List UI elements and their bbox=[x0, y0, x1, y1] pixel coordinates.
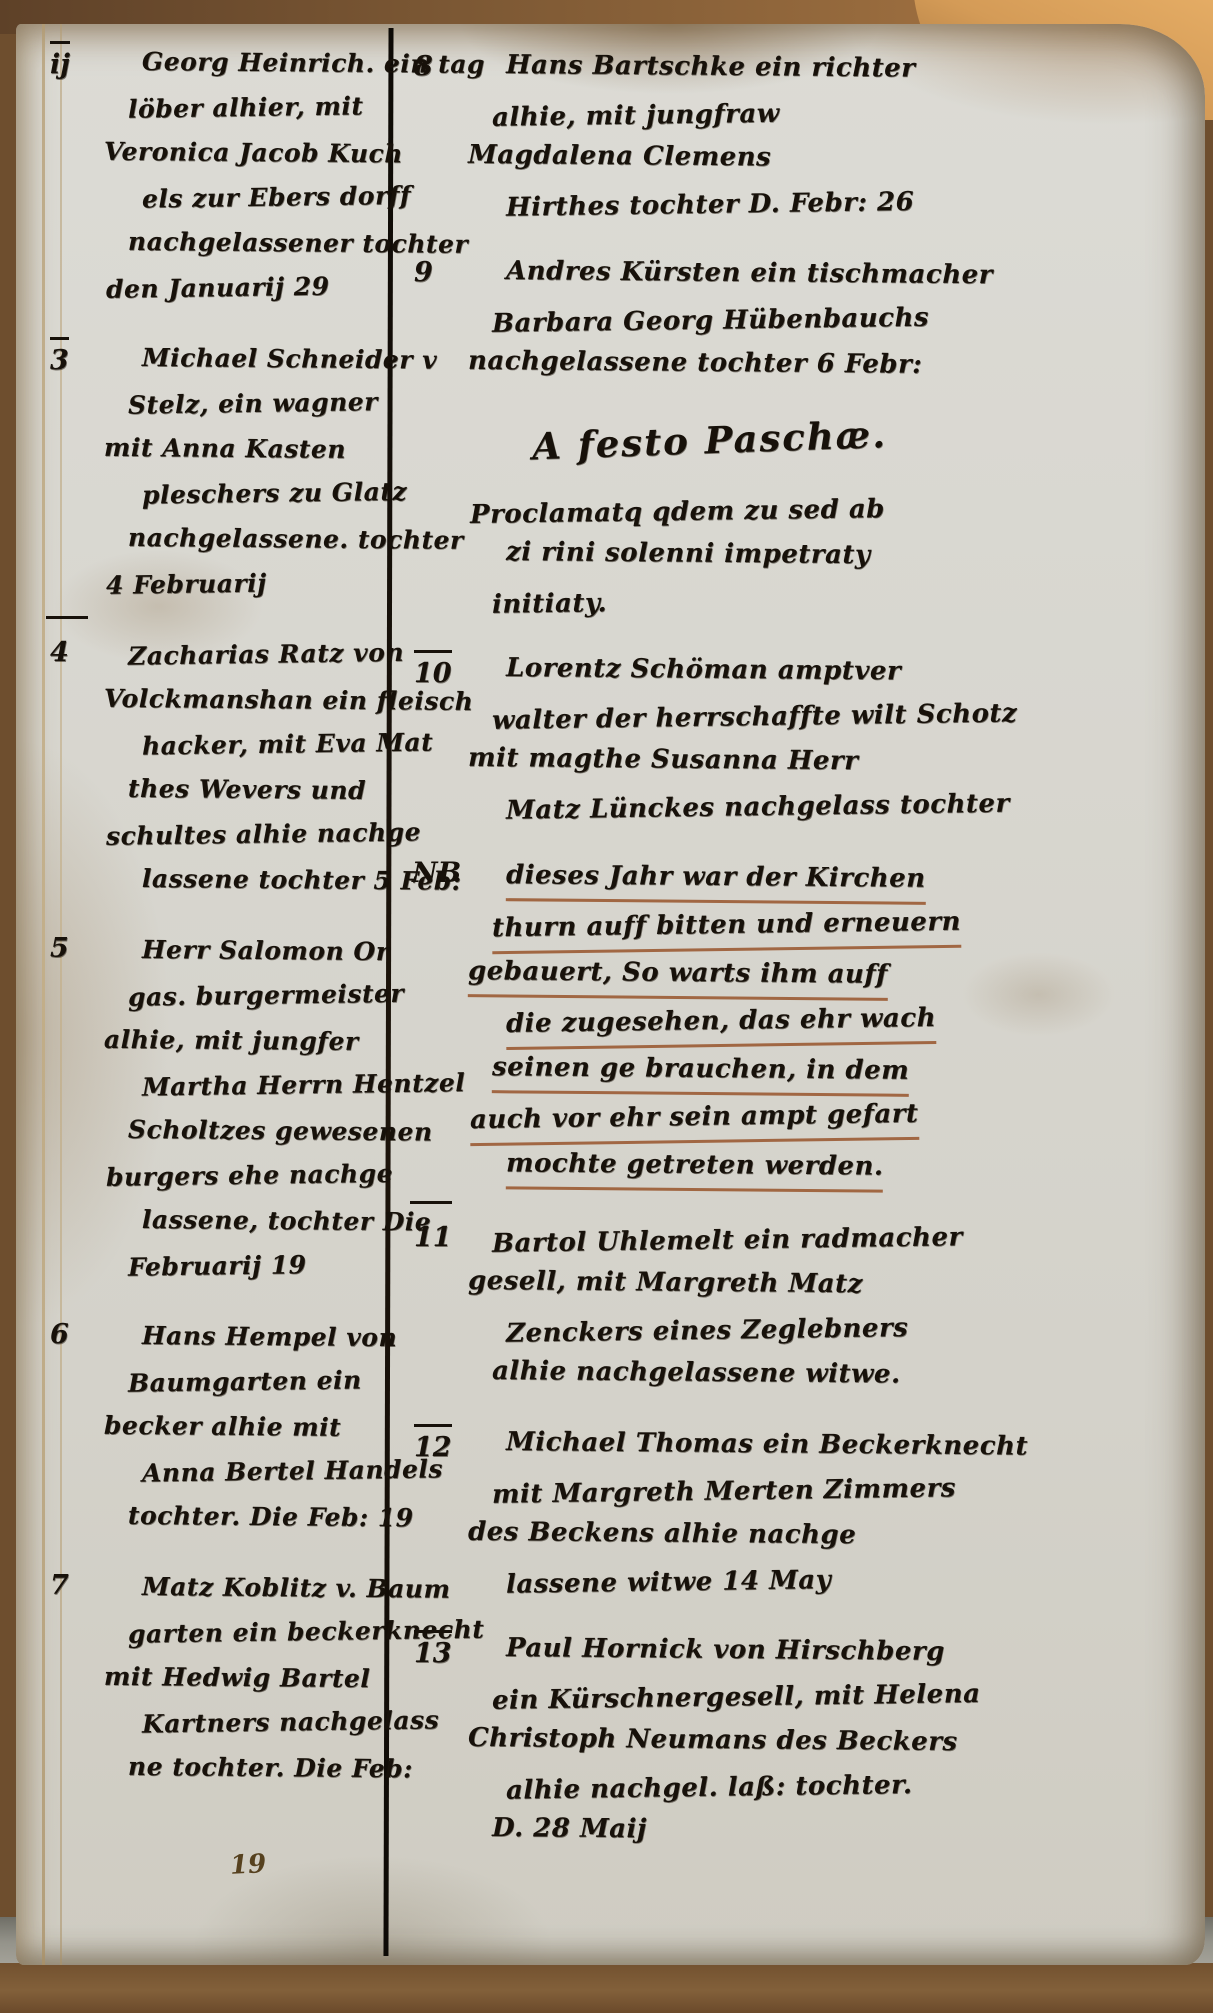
handwritten-line: mit magthe Susanna Herr bbox=[468, 736, 1182, 787]
register-entry: 9Andres Kürsten ein tischmacherBarbara G… bbox=[468, 252, 1182, 387]
handwritten-line: walter der herrschaffte wilt Schotz bbox=[492, 689, 1183, 744]
handwritten-line: lassene, tochter Die bbox=[142, 1197, 372, 1244]
handwritten-line: 4 Februarij bbox=[106, 559, 373, 608]
handwritten-line: schultes alhie nachge bbox=[106, 810, 373, 859]
handwritten-line: Michael Schneider v bbox=[142, 335, 372, 382]
register-entry: 6Hans Hempel vonBaumgarten einbecker alh… bbox=[104, 1314, 372, 1539]
handwritten-line: burgers ehe nachge bbox=[106, 1151, 373, 1200]
handwritten-line: Baumgarten ein bbox=[128, 1357, 373, 1405]
handwritten-line: Magdalena Clemens bbox=[468, 133, 1182, 184]
handwritten-line: ne tochter. Die Feb: bbox=[128, 1744, 372, 1791]
handwritten-line: nachgelassene tochter 6 Febr: bbox=[468, 339, 1182, 390]
section-heading: A festo Paschæ. bbox=[468, 413, 1182, 458]
entry-number: 11 bbox=[414, 1218, 452, 1258]
margin-dash-mark bbox=[46, 616, 88, 619]
register-entry: 12Michael Thomas ein Beckerknechtmit Mar… bbox=[468, 1423, 1182, 1603]
handwritten-line: Matz Lünckes nachgelass tochter bbox=[506, 779, 1183, 833]
handwritten-line: Zacharias Ratz von bbox=[128, 630, 373, 678]
handwritten-line: Herr Salomon Or bbox=[142, 927, 372, 974]
handwritten-line: Andres Kürsten ein tischmacher bbox=[506, 249, 1182, 300]
handwritten-line: initiaty. bbox=[492, 573, 1183, 628]
handwritten-line: zi rini solenni impetraty bbox=[506, 530, 1182, 581]
entry-number: 10 bbox=[414, 650, 452, 694]
handwritten-line: Hans Bartschke ein richter bbox=[506, 43, 1182, 94]
handwritten-line: thes Wevers und bbox=[128, 766, 372, 813]
heading-text: A festo Paschæ. bbox=[531, 402, 1182, 470]
handwritten-line: Volckmanshan ein fleisch bbox=[104, 676, 372, 723]
entry-number: 4 bbox=[50, 633, 69, 673]
handwritten-line: Anna Bertel Handels bbox=[142, 1447, 373, 1495]
handwritten-line: Paul Hornick von Hirschberg bbox=[506, 1626, 1182, 1677]
handwritten-line: Barbara Georg Hübenbauchs bbox=[492, 292, 1183, 347]
handwritten-line: ein Kürschnergesell, mit Helena bbox=[492, 1669, 1183, 1724]
marginal-note: NBdieses Jahr war der Kirchenthurn auff … bbox=[468, 855, 1182, 1191]
manuscript-page: ijGeorg Heinrich. ein taglöber alhier, m… bbox=[16, 24, 1205, 1965]
handwritten-line: becker alhie mit bbox=[104, 1403, 372, 1450]
entry-number: 9 bbox=[414, 253, 433, 293]
handwritten-line: den Januarij 29 bbox=[106, 263, 373, 312]
handwritten-line: nachgelassener tochter bbox=[128, 219, 372, 266]
handwritten-line: des Beckens alhie nachge bbox=[468, 1510, 1182, 1561]
handwritten-line: seinen ge brauchen, in dem bbox=[492, 1045, 910, 1097]
handwritten-line: D. 28 Maij bbox=[492, 1806, 1182, 1857]
entry-number: 8 bbox=[414, 47, 433, 87]
handwritten-line: alhie nachgelassene witwe. bbox=[492, 1349, 1182, 1400]
column-right: 8Hans Bartschke ein richteralhie, mit ju… bbox=[414, 46, 1182, 1880]
handwritten-line: mit Margreth Merten Zimmers bbox=[492, 1463, 1183, 1518]
handwritten-line: Michael Thomas ein Beckerknecht bbox=[506, 1420, 1182, 1471]
handwritten-line: Matz Koblitz v. Baum bbox=[142, 1564, 372, 1611]
register-entry: ijGeorg Heinrich. ein taglöber alhier, m… bbox=[104, 40, 372, 310]
handwritten-line: hacker, mit Eva Mat bbox=[142, 720, 373, 768]
marginal-note: Proclamatq qdem zu sed abzi rini solenni… bbox=[468, 488, 1182, 623]
register-entry: 7Matz Koblitz v. Baumgarten ein beckerkn… bbox=[104, 1565, 372, 1790]
entry-number: 12 bbox=[414, 1424, 452, 1468]
handwritten-line: Bartol Uhlemelt ein radmacher bbox=[492, 1212, 1183, 1267]
handwritten-line: Zenckers eines Zeglebners bbox=[506, 1302, 1183, 1356]
handwritten-line: Martha Herrn Hentzel bbox=[142, 1061, 373, 1109]
book-cover-bottom bbox=[0, 1957, 1213, 2013]
handwritten-line: Hans Hempel von bbox=[142, 1313, 372, 1360]
margin-dash-mark bbox=[410, 1201, 452, 1204]
register-entry: 8Hans Bartschke ein richteralhie, mit ju… bbox=[468, 46, 1182, 226]
handwritten-line: löber alhier, mit bbox=[128, 83, 373, 131]
handwritten-line: mit Hedwig Bartel bbox=[104, 1654, 372, 1701]
handwritten-line: Stelz, ein wagner bbox=[128, 379, 373, 427]
nota-bene-mark: NB bbox=[412, 853, 461, 893]
register-entry: 11Bartol Uhlemelt ein radmachergesell, m… bbox=[468, 1217, 1182, 1397]
handwritten-line: pleschers zu Glatz bbox=[142, 469, 373, 517]
register-entry: 10Lorentz Schöman amptverwalter der herr… bbox=[468, 649, 1182, 829]
register-entry: 4Zacharias Ratz vonVolckmanshan ein flei… bbox=[104, 632, 372, 902]
register-entry: 3Michael Schneider vStelz, ein wagnermit… bbox=[104, 336, 372, 606]
handwritten-line: tochter. Die Feb: 19 bbox=[128, 1493, 372, 1540]
handwritten-line: thurn auff bitten und erneuern bbox=[492, 900, 962, 955]
entry-number: ij bbox=[50, 41, 70, 85]
handwritten-line: dieses Jahr war der Kirchen bbox=[506, 853, 926, 905]
handwritten-line: gas. burgermeister bbox=[128, 971, 373, 1019]
handwritten-line: Hirthes tochter D. Febr: 26 bbox=[506, 176, 1183, 230]
handwritten-line: Lorentz Schöman amptver bbox=[506, 646, 1182, 697]
handwritten-line: alhie, mit jungfraw bbox=[492, 86, 1183, 141]
entry-number: 13 bbox=[414, 1630, 452, 1674]
handwritten-line: lassene witwe 14 May bbox=[506, 1553, 1183, 1607]
page-number: 19 bbox=[229, 1849, 267, 1881]
handwritten-line: mochte getreten werden. bbox=[506, 1141, 884, 1192]
register-entry: 13Paul Hornick von Hirschbergein Kürschn… bbox=[468, 1629, 1182, 1854]
handwritten-line: auch vor ehr sein ampt gefart bbox=[470, 1092, 919, 1146]
handwritten-line: Georg Heinrich. ein tag bbox=[142, 39, 372, 86]
column-left: ijGeorg Heinrich. ein taglöber alhier, m… bbox=[50, 40, 372, 1880]
handwritten-line: nachgelassene. tochter bbox=[128, 515, 372, 562]
entry-number: 7 bbox=[50, 1566, 69, 1606]
entry-number: 6 bbox=[50, 1315, 69, 1355]
handwritten-line: gebauert, So warts ihm auff bbox=[468, 949, 888, 1001]
page-crease bbox=[42, 24, 45, 1965]
handwritten-line: lassene tochter 5 Feb: bbox=[142, 856, 372, 903]
handwritten-line: Christoph Neumans des Beckers bbox=[468, 1716, 1182, 1767]
entry-number: 3 bbox=[50, 337, 69, 381]
entry-number: 5 bbox=[50, 929, 69, 969]
manuscript-photo: ijGeorg Heinrich. ein taglöber alhier, m… bbox=[0, 0, 1213, 2013]
handwritten-line: alhie nachgel. laß: tochter. bbox=[506, 1759, 1183, 1813]
handwritten-line: mit Anna Kasten bbox=[104, 425, 372, 472]
handwritten-line: gesell, mit Margreth Matz bbox=[468, 1259, 1182, 1310]
handwritten-line: Februarij 19 bbox=[128, 1241, 373, 1289]
handwritten-line: garten ein beckerknecht bbox=[128, 1608, 373, 1656]
register-entry: 5Herr Salomon Orgas. burgermeisteralhie,… bbox=[104, 928, 372, 1288]
handwritten-line: els zur Ebers dorff bbox=[142, 173, 373, 221]
handwritten-line: Scholtzes gewesenen bbox=[128, 1107, 372, 1154]
handwritten-line: Veronica Jacob Kuch bbox=[104, 129, 372, 176]
handwritten-line: alhie, mit jungfer bbox=[104, 1017, 372, 1064]
handwritten-line: die zugesehen, das ehr wach bbox=[506, 996, 937, 1050]
handwritten-line: Kartners nachgelass bbox=[142, 1698, 373, 1746]
